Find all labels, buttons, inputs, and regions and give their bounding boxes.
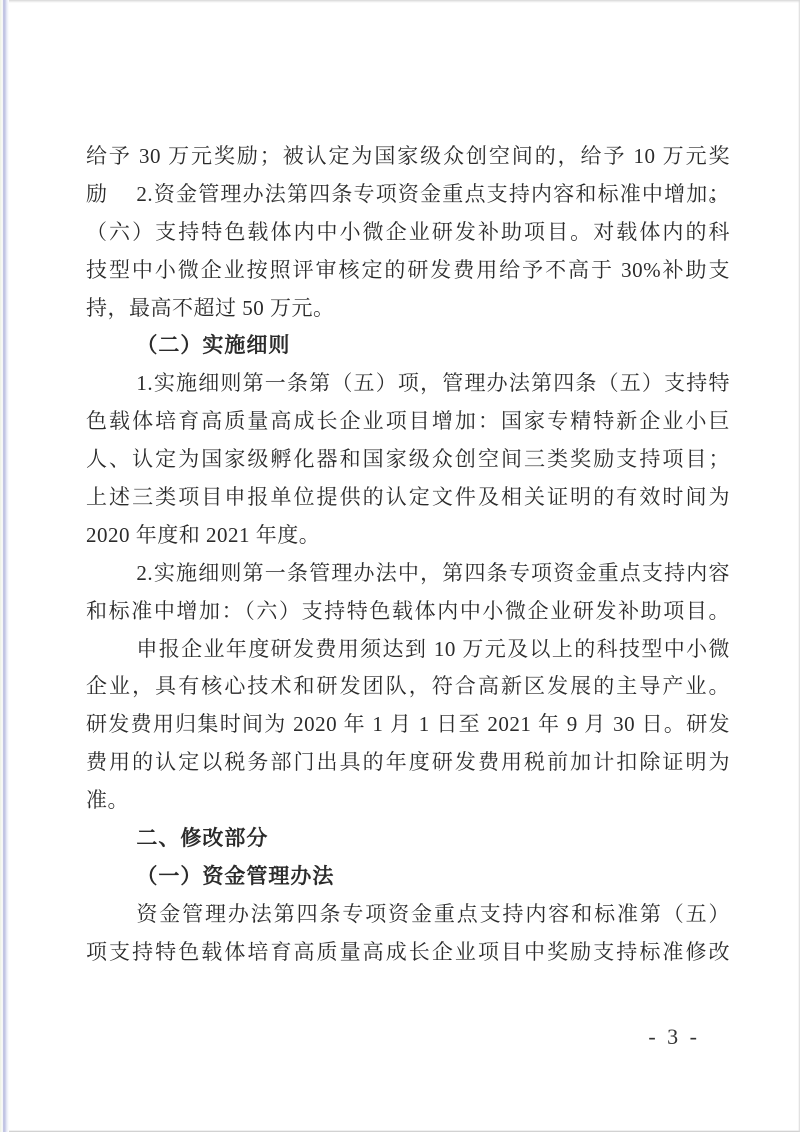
document-line: 研发费用归集时间为 2020 年 1 月 1 日至 2021 年 9 月 30 … [86, 706, 730, 744]
document-line: （六）支持特色载体内中小微企业研发补助项目。对载体内的科 [86, 214, 730, 252]
document-line: 准。 [86, 782, 730, 820]
document-line: 2.资金管理办法第四条专项资金重点支持内容和标准中增加： [86, 176, 730, 214]
document-line: 企业，具有核心技术和研发团队，符合高新区发展的主导产业。 [86, 668, 730, 706]
document-line: 2020 年度和 2021 年度。 [86, 517, 730, 555]
document-line: 资金管理办法第四条专项资金重点支持内容和标准第（五） [86, 896, 730, 934]
document-line: 项支持特色载体培育高质量高成长企业项目中奖励支持标准修改 [86, 934, 730, 972]
document-line: 费用的认定以税务部门出具的年度研发费用税前加计扣除证明为 [86, 744, 730, 782]
document-line: 持，最高不超过 50 万元。 [86, 290, 730, 328]
document-body: 给予 30 万元奖励；被认定为国家级众创空间的，给予 10 万元奖励。 2.资金… [86, 138, 730, 972]
document-line: 和标准中增加：（六）支持特色载体内中小微企业研发补助项目。 [86, 593, 730, 631]
document-line: 上述三类项目申报单位提供的认定文件及相关证明的有效时间为 [86, 479, 730, 517]
document-line: 色载体培育高质量高成长企业项目增加：国家专精特新企业小巨 [86, 403, 730, 441]
document-line: 2.实施细则第一条管理办法中，第四条专项资金重点支持内容 [86, 555, 730, 593]
scan-edge-left-artifact [0, 0, 9, 1132]
scan-edge-top-artifact [0, 0, 800, 3]
page-number: - 3 - [648, 1024, 700, 1050]
subsection-heading: （二）实施细则 [86, 327, 730, 365]
document-line: 给予 30 万元奖励；被认定为国家级众创空间的，给予 10 万元奖励。 [86, 138, 730, 176]
document-page: 给予 30 万元奖励；被认定为国家级众创空间的，给予 10 万元奖励。 2.资金… [0, 0, 800, 1132]
section-heading: 二、修改部分 [86, 820, 730, 858]
document-line: 申报企业年度研发费用须达到 10 万元及以上的科技型中小微 [86, 631, 730, 669]
document-line: 1.实施细则第一条第（五）项，管理办法第四条（五）支持特 [86, 365, 730, 403]
subsection-heading: （一）资金管理办法 [86, 858, 730, 896]
document-line: 人、认定为国家级孵化器和国家级众创空间三类奖励支持项目； [86, 441, 730, 479]
document-line: 技型中小微企业按照评审核定的研发费用给予不高于 30%补助支 [86, 252, 730, 290]
